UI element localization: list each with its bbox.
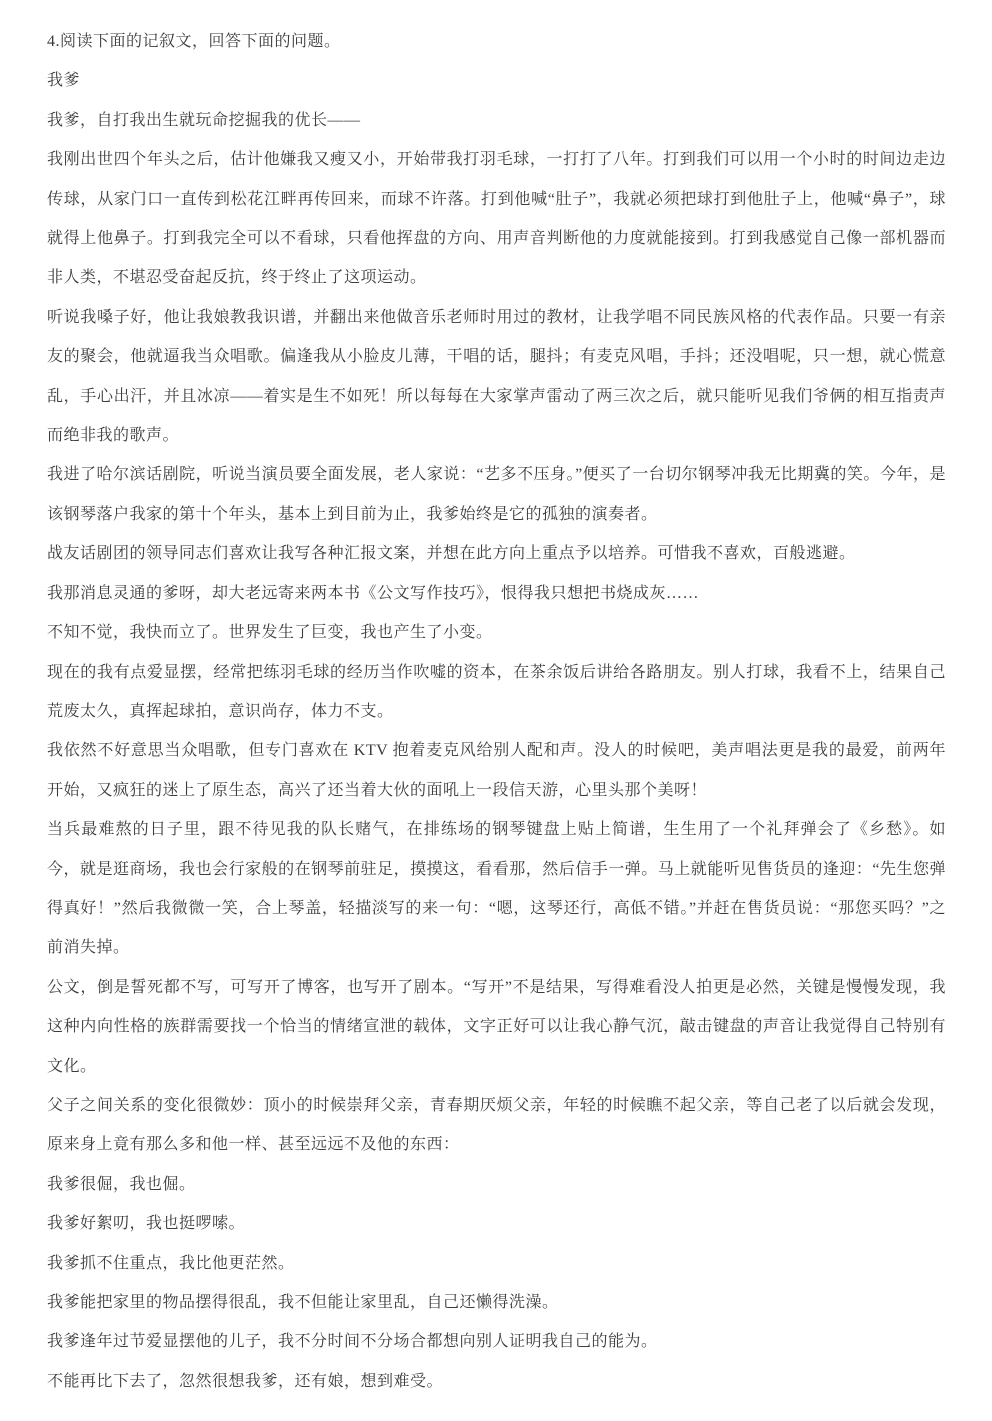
paragraph: 我进了哈尔滨话剧院，听说当演员要全面发展，老人家说：“艺多不压身。”便买了一台切…	[47, 455, 946, 534]
paragraph: 现在的我有点爱显摆，经常把练羽毛球的经历当作吹嘘的资本，在茶余饭后讲给各路朋友。…	[47, 653, 946, 732]
paragraph: 战友话剧团的领导同志们喜欢让我写各种汇报文案，并想在此方向上重点予以培养。可惜我…	[47, 534, 946, 573]
paragraph: 我爹抓不住重点，我比他更茫然。	[47, 1244, 946, 1283]
paragraph: 不知不觉，我快而立了。世界发生了巨变，我也产生了小变。	[47, 613, 946, 652]
paragraph: 父子之间关系的变化很微妙：顶小的时候崇拜父亲，青春期厌烦父亲，年轻的时候瞧不起父…	[47, 1086, 946, 1165]
paragraph: 我依然不好意思当众唱歌，但专门喜欢在 KTV 抱着麦克风给别人配和声。没人的时候…	[47, 731, 946, 810]
document-page: 4.阅读下面的记叙文，回答下面的问题。 我爹 我爹，自打我出生就玩命挖掘我的优长…	[0, 0, 992, 1421]
paragraph: 我爹好絮叨，我也挺啰嗦。	[47, 1204, 946, 1243]
paragraph: 听说我嗓子好，他让我娘教我识谱，并翻出来他做音乐老师时用过的教材，让我学唱不同民…	[47, 298, 946, 456]
paragraph: 我爹，自打我出生就玩命挖掘我的优长——	[47, 101, 946, 140]
paragraph: 不能再比下去了，忽然很想我爹，还有娘，想到难受。	[47, 1362, 946, 1401]
essay-title: 我爹	[47, 61, 946, 100]
paragraph: 公文，倒是誓死都不写，可写开了博客，也写开了剧本。“写开”不是结果，写得难看没人…	[47, 968, 946, 1086]
paragraph: 我那消息灵通的爹呀，却大老远寄来两本书《公文写作技巧》，恨得我只想把书烧成灰……	[47, 574, 946, 613]
paragraph: 我爹很倔，我也倔。	[47, 1165, 946, 1204]
paragraph: 当兵最难熬的日子里，跟不待见我的队长赌气，在排练场的钢琴键盘上贴上简谱，生生用了…	[47, 810, 946, 968]
paragraph: 我刚出世四个年头之后，估计他嫌我又瘦又小，开始带我打羽毛球，一打打了八年。打到我…	[47, 140, 946, 298]
paragraph: 我爹能把家里的物品摆得很乱，我不但能让家里乱，自己还懒得洗澡。	[47, 1283, 946, 1322]
question-line: 4.阅读下面的记叙文，回答下面的问题。	[47, 22, 946, 61]
paragraph: 我爹逢年过节爱显摆他的儿子，我不分时间不分场合都想向别人证明我自己的能为。	[47, 1322, 946, 1361]
